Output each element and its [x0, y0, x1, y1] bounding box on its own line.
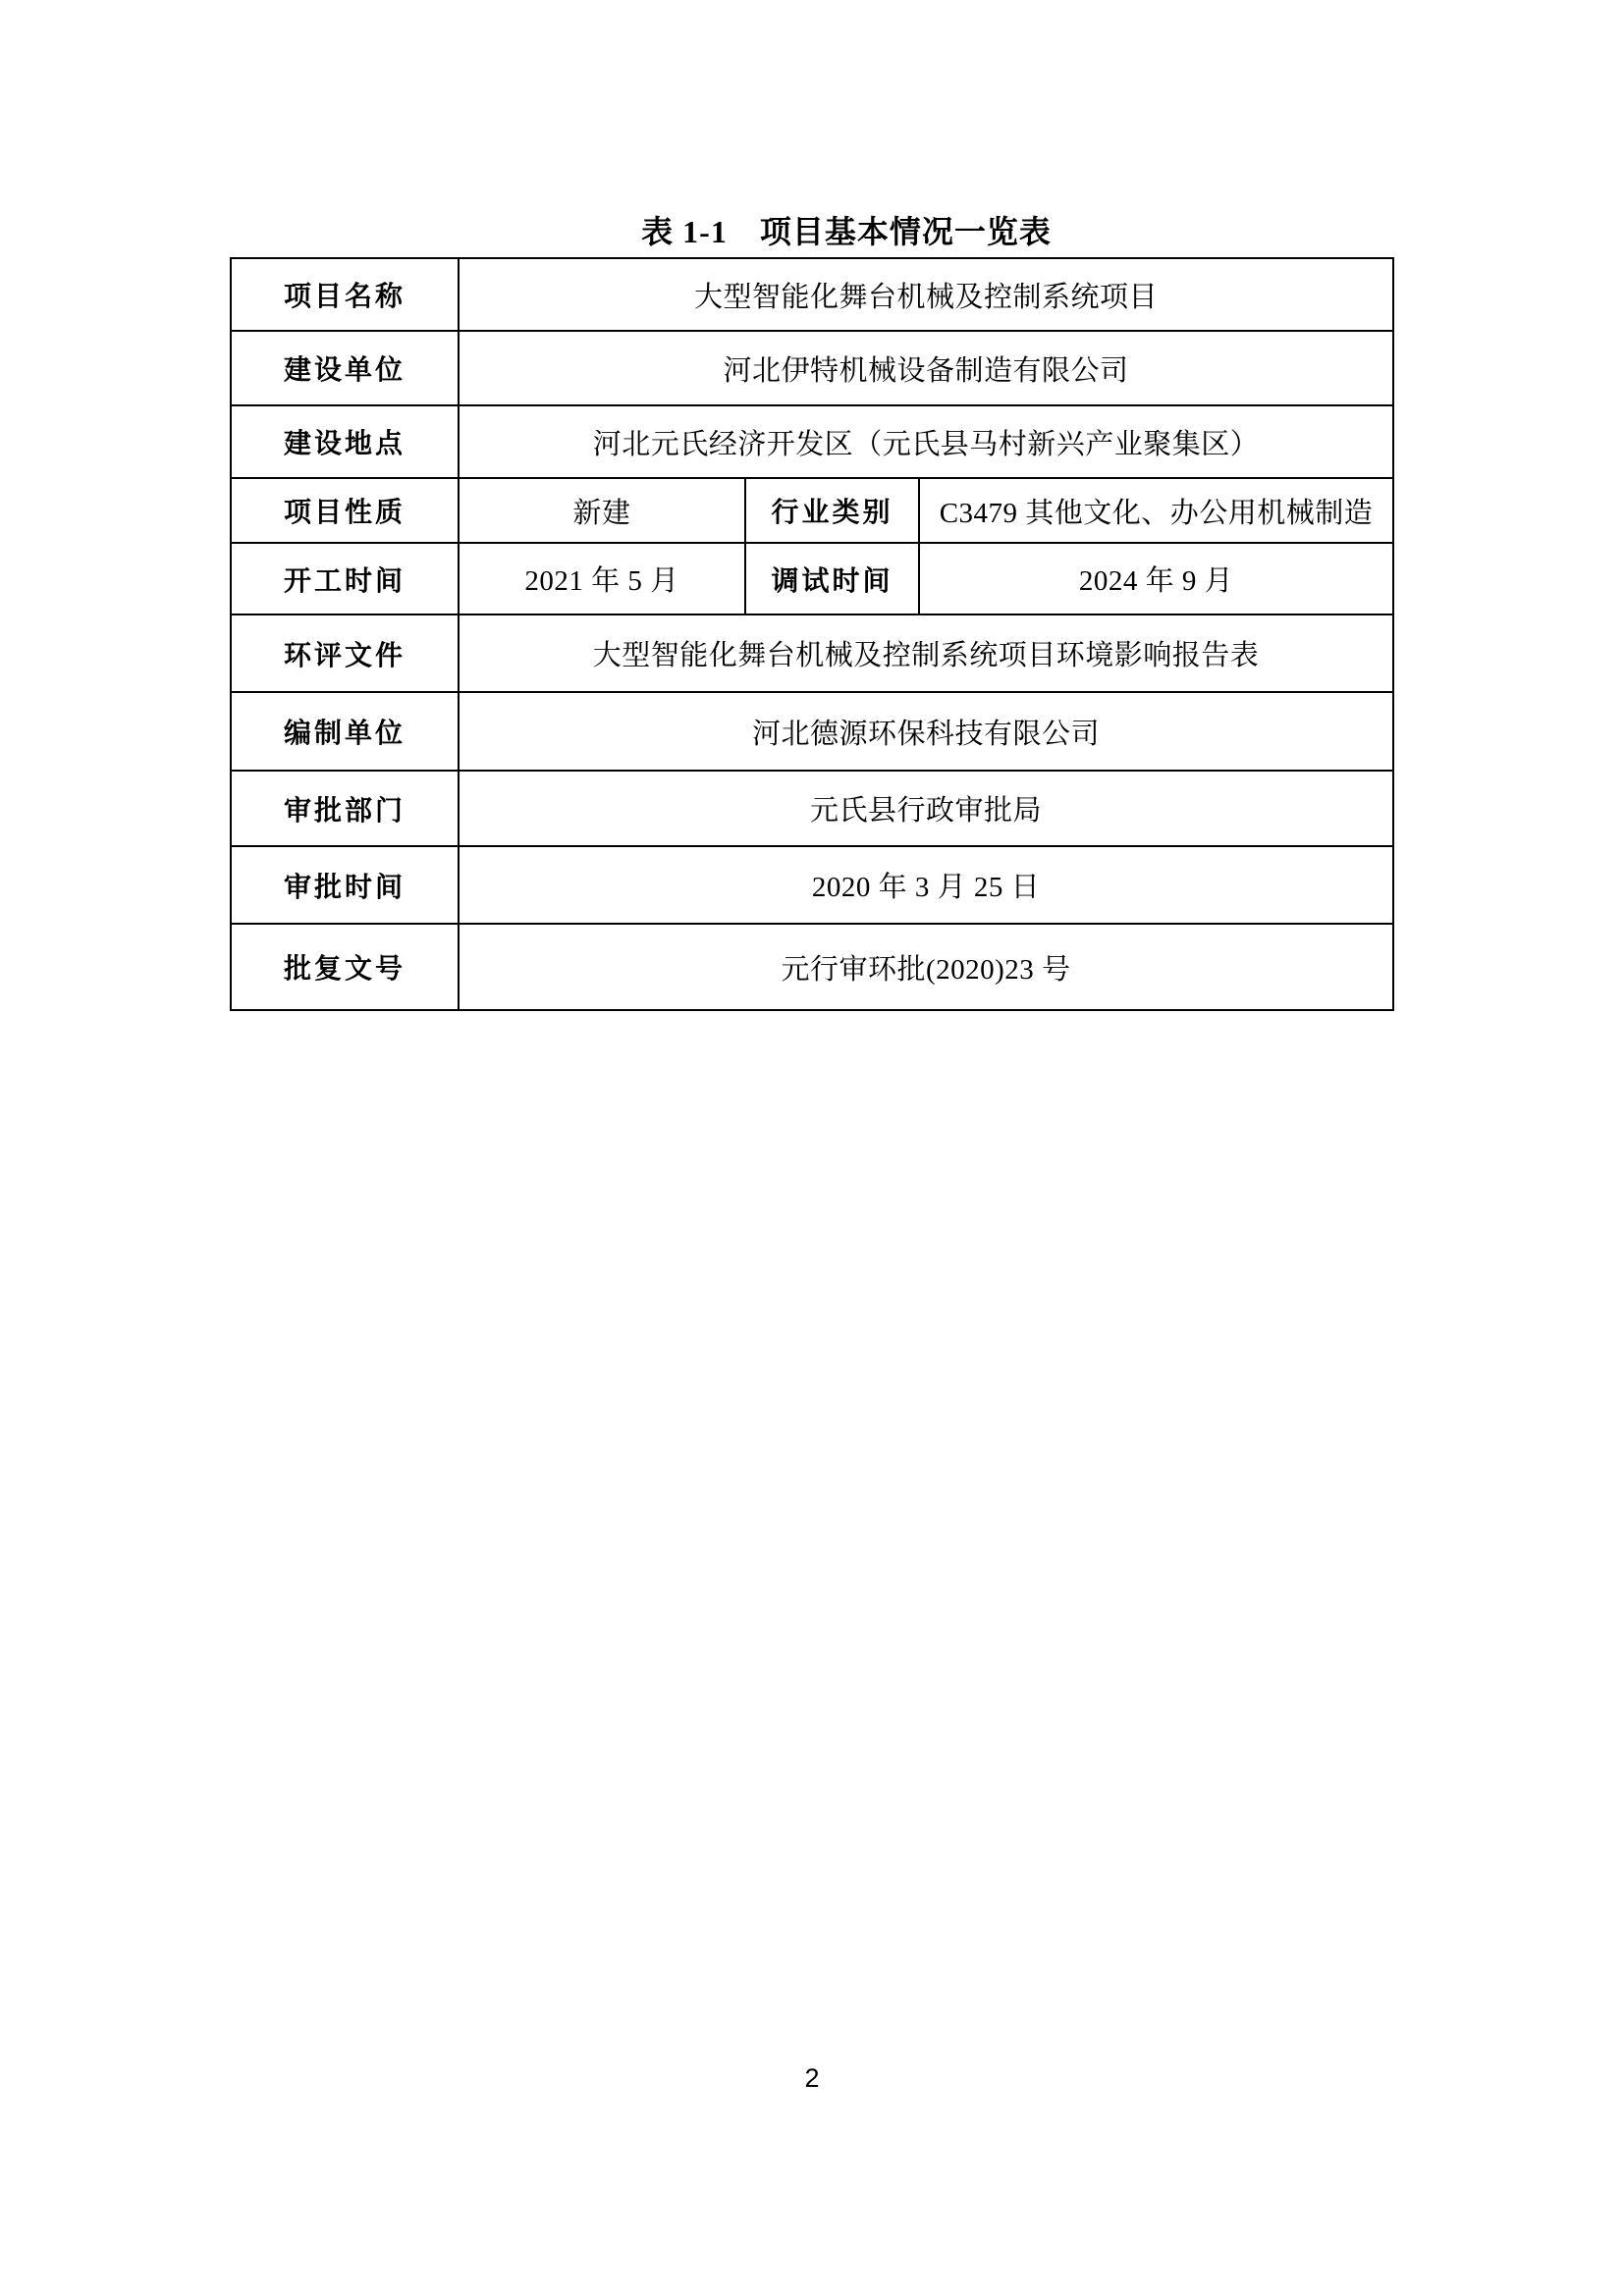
value-approval-date: 2020 年 3 月 25 日: [459, 846, 1393, 924]
label-approval-department: 审批部门: [231, 771, 459, 846]
document-page: { "document": { "table_caption": "表 1-1 …: [0, 0, 1624, 2296]
value-industry-category: C3479 其他文化、办公用机械制造: [919, 478, 1393, 543]
label-industry-category: 行业类别: [745, 478, 919, 543]
page-number: 2: [0, 2062, 1624, 2094]
label-project-nature: 项目性质: [231, 478, 459, 543]
value-eia-document: 大型智能化舞台机械及控制系统项目环境影响报告表: [459, 614, 1393, 692]
value-preparation-unit: 河北德源环保科技有限公司: [459, 692, 1393, 771]
label-commissioning-date: 调试时间: [745, 543, 919, 614]
label-eia-document: 环评文件: [231, 614, 459, 692]
value-project-name: 大型智能化舞台机械及控制系统项目: [459, 258, 1393, 331]
table-row-start-date: 开工时间 2021 年 5 月 调试时间 2024 年 9 月: [231, 543, 1393, 614]
label-preparation-unit: 编制单位: [231, 692, 459, 771]
label-approval-number: 批复文号: [231, 924, 459, 1010]
table-row-approval-department: 审批部门 元氏县行政审批局: [231, 771, 1393, 846]
value-construction-unit: 河北伊特机械设备制造有限公司: [459, 331, 1393, 405]
value-approval-department: 元氏县行政审批局: [459, 771, 1393, 846]
project-info-table: 项目名称 大型智能化舞台机械及控制系统项目 建设单位 河北伊特机械设备制造有限公…: [230, 257, 1394, 1011]
value-construction-site: 河北元氏经济开发区（元氏县马村新兴产业聚集区）: [459, 405, 1393, 478]
table-row-approval-date: 审批时间 2020 年 3 月 25 日: [231, 846, 1393, 924]
label-approval-date: 审批时间: [231, 846, 459, 924]
label-project-name: 项目名称: [231, 258, 459, 331]
table-row-eia-document: 环评文件 大型智能化舞台机械及控制系统项目环境影响报告表: [231, 614, 1393, 692]
value-commissioning-date: 2024 年 9 月: [919, 543, 1393, 614]
label-construction-unit: 建设单位: [231, 331, 459, 405]
value-project-nature: 新建: [459, 478, 745, 543]
label-start-date: 开工时间: [231, 543, 459, 614]
table-row-project-name: 项目名称 大型智能化舞台机械及控制系统项目: [231, 258, 1393, 331]
table-row-preparation-unit: 编制单位 河北德源环保科技有限公司: [231, 692, 1393, 771]
table-row-construction-site: 建设地点 河北元氏经济开发区（元氏县马村新兴产业聚集区）: [231, 405, 1393, 478]
table-row-construction-unit: 建设单位 河北伊特机械设备制造有限公司: [231, 331, 1393, 405]
table-caption: 表 1-1 项目基本情况一览表: [265, 212, 1428, 251]
value-start-date: 2021 年 5 月: [459, 543, 745, 614]
table-row-project-nature: 项目性质 新建 行业类别 C3479 其他文化、办公用机械制造: [231, 478, 1393, 543]
label-construction-site: 建设地点: [231, 405, 459, 478]
table-row-approval-number: 批复文号 元行审环批(2020)23 号: [231, 924, 1393, 1010]
value-approval-number: 元行审环批(2020)23 号: [459, 924, 1393, 1010]
